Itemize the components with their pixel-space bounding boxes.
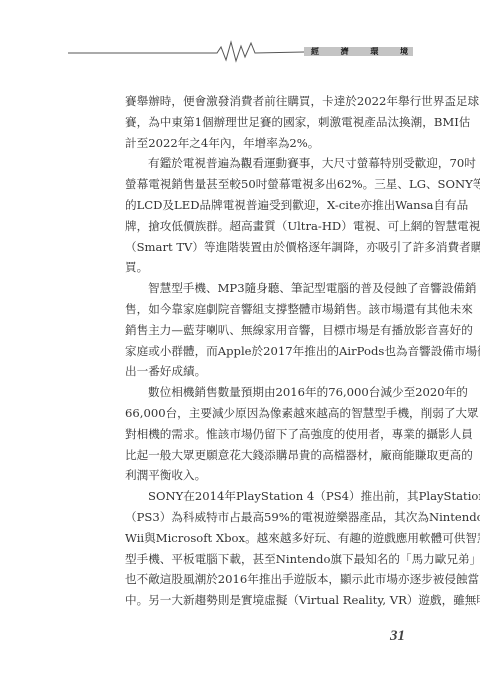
text-line: 有鑑於電視普遍為觀看運動賽事，大尺寸螢幕特別受歡迎，70吋 [125, 153, 413, 174]
text-line: 也不敵這股風潮於2016年推出手遊版本，顯示此市場亦逐步被侵蝕當 [125, 569, 413, 590]
body-text: 賽舉辦時，便會激發消費者前往購買，卡達於2022年舉行世界盃足球賽，為中東第1個… [125, 91, 413, 611]
text-line: 買。 [125, 257, 413, 278]
section-title-tab: 經 濟 環 境 [304, 47, 413, 56]
text-line: Wii與Microsoft Xbox。越來越多好玩、有趣的遊戲應用軟體可供智慧 [125, 528, 413, 549]
text-line: 家庭或小群體，而Apple於2017年推出的AirPods也為音響設備市場衝 [125, 341, 413, 362]
section-title-char: 境 [400, 47, 408, 56]
text-line: 賽，為中東第1個辦理世足賽的國家，刺激電視產品汰換潮，BMI估 [125, 112, 413, 133]
text-line: （PS3）為科威特市占最高59%的電視遊樂器產品，其次為Nintendo [125, 507, 413, 528]
section-title-char: 經 [311, 47, 319, 56]
text-line: 的LCD及LED品牌電視普遍受到歡迎，X-cite亦推出Wansa自有品 [125, 195, 413, 216]
text-line: 利潤平衡收入。 [125, 465, 413, 486]
text-line: SONY在2014年PlayStation 4（PS4）推出前，其PlaySta… [125, 486, 413, 507]
text-line: 出一番好成績。 [125, 361, 413, 382]
running-header: 經 濟 環 境 [0, 0, 480, 70]
text-line: 售，如今靠家庭劇院音響組支撐整體市場銷售。該市場還有其他未來 [125, 299, 413, 320]
text-line: 螢幕電視銷售量甚至較50吋螢幕電視多出62%。三星、LG、SONY等 [125, 174, 413, 195]
text-line: 數位相機銷售數量預期由2016年的76,000台減少至2020年的 [125, 382, 413, 403]
text-line: （Smart TV）等進階裝置由於價格逐年調降，亦吸引了許多消費者購 [125, 237, 413, 258]
text-line: 66,000台，主要減少原因為像素越來越高的智慧型手機，削弱了大眾 [125, 403, 413, 424]
section-title-char: 濟 [341, 47, 349, 56]
text-line: 賽舉辦時，便會激發消費者前往購買，卡達於2022年舉行世界盃足球 [125, 91, 413, 112]
text-line: 型手機、平板電腦下載，甚至Nintendo旗下最知名的「馬力歐兄弟」 [125, 549, 413, 570]
text-line: 對相機的需求。惟該市場仍留下了高強度的使用者，專業的攝影人員 [125, 424, 413, 445]
page-number: 31 [390, 628, 405, 645]
section-title-char: 環 [370, 47, 378, 56]
text-line: 銷售主力—藍芽喇叭、無線家用音響，目標市場是有播放影音喜好的 [125, 320, 413, 341]
text-line: 計至2022年之4年內，年增率為2%。 [125, 133, 413, 154]
text-line: 中。另一大新趨勢則是實境虛擬（Virtual Reality, VR）遊戲，雖無… [125, 590, 413, 611]
text-line: 比起一般大眾更願意花大錢添購昂貴的高檔器材，廠商能賺取更高的 [125, 445, 413, 466]
text-line: 智慧型手機、MP3隨身聽、筆記型電腦的普及侵蝕了音響設備銷 [125, 278, 413, 299]
header-rule-with-zigzag [0, 0, 480, 70]
text-line: 牌，搶攻低價族群。超高畫質（Ultra-HD）電視、可上網的智慧電視 [125, 216, 413, 237]
